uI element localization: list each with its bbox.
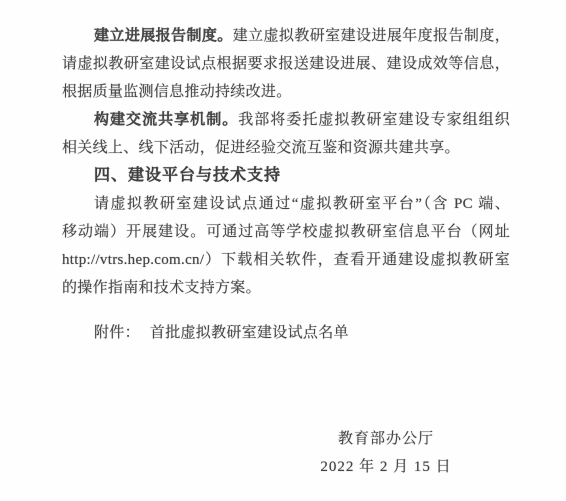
para2-line1-rest: 我部将委托虚拟教研室建设专家组组织 [238, 112, 510, 128]
para1-lead-phrase: 建立进展报告制度。 [94, 28, 233, 44]
para1-line1-rest: 建立虚拟教研室建设进展年度报告制度， [233, 28, 510, 44]
para1-line3: 根据质量监测信息推动持续改进。 [62, 78, 510, 106]
para2-line2: 相关线上、线下活动，促进经验交流互鉴和资源共建共享。 [62, 134, 510, 162]
attachment-title: 首批虚拟教研室建设试点名单 [150, 325, 349, 341]
para2-line1: 构建交流共享机制。我部将委托虚拟教研室建设专家组组织 [62, 106, 510, 134]
section-heading: 四、建设平台与技术支持 [62, 162, 510, 190]
signature-block: 教育部办公厅 2022 年 2 月 15 日 [280, 425, 492, 481]
para1-line1: 建立进展报告制度。建立虚拟教研室建设进展年度报告制度， [62, 22, 510, 50]
para3-line1: 请虚拟教研室建设试点通过“虚拟教研室平台”（含 PC 端、 [62, 190, 510, 218]
attachment-line: 附件：首批虚拟教研室建设试点名单 [62, 319, 510, 347]
para1-line2: 请虚拟教研室建设试点根据要求报送建设进展、建设成效等信息， [62, 50, 510, 78]
signature-date: 2022 年 2 月 15 日 [280, 453, 492, 481]
para2-lead-phrase: 构建交流共享机制。 [94, 112, 238, 128]
para3-line2: 移动端）开展建设。可通过高等学校虚拟教研室信息平台（网址 [62, 218, 510, 246]
document-page: 建立进展报告制度。建立虚拟教研室建设进展年度报告制度， 请虚拟教研室建设试点根据… [0, 0, 566, 501]
para3-line4: 的操作指南和技术支持方案。 [62, 274, 510, 302]
attachment-label: 附件： [94, 325, 140, 341]
para3-line3: http://vtrs.hep.com.cn/）下载相关软件，查看开通建设虚拟教… [62, 246, 510, 274]
signature-signer: 教育部办公厅 [280, 425, 492, 453]
document-body: 建立进展报告制度。建立虚拟教研室建设进展年度报告制度， 请虚拟教研室建设试点根据… [62, 22, 510, 347]
